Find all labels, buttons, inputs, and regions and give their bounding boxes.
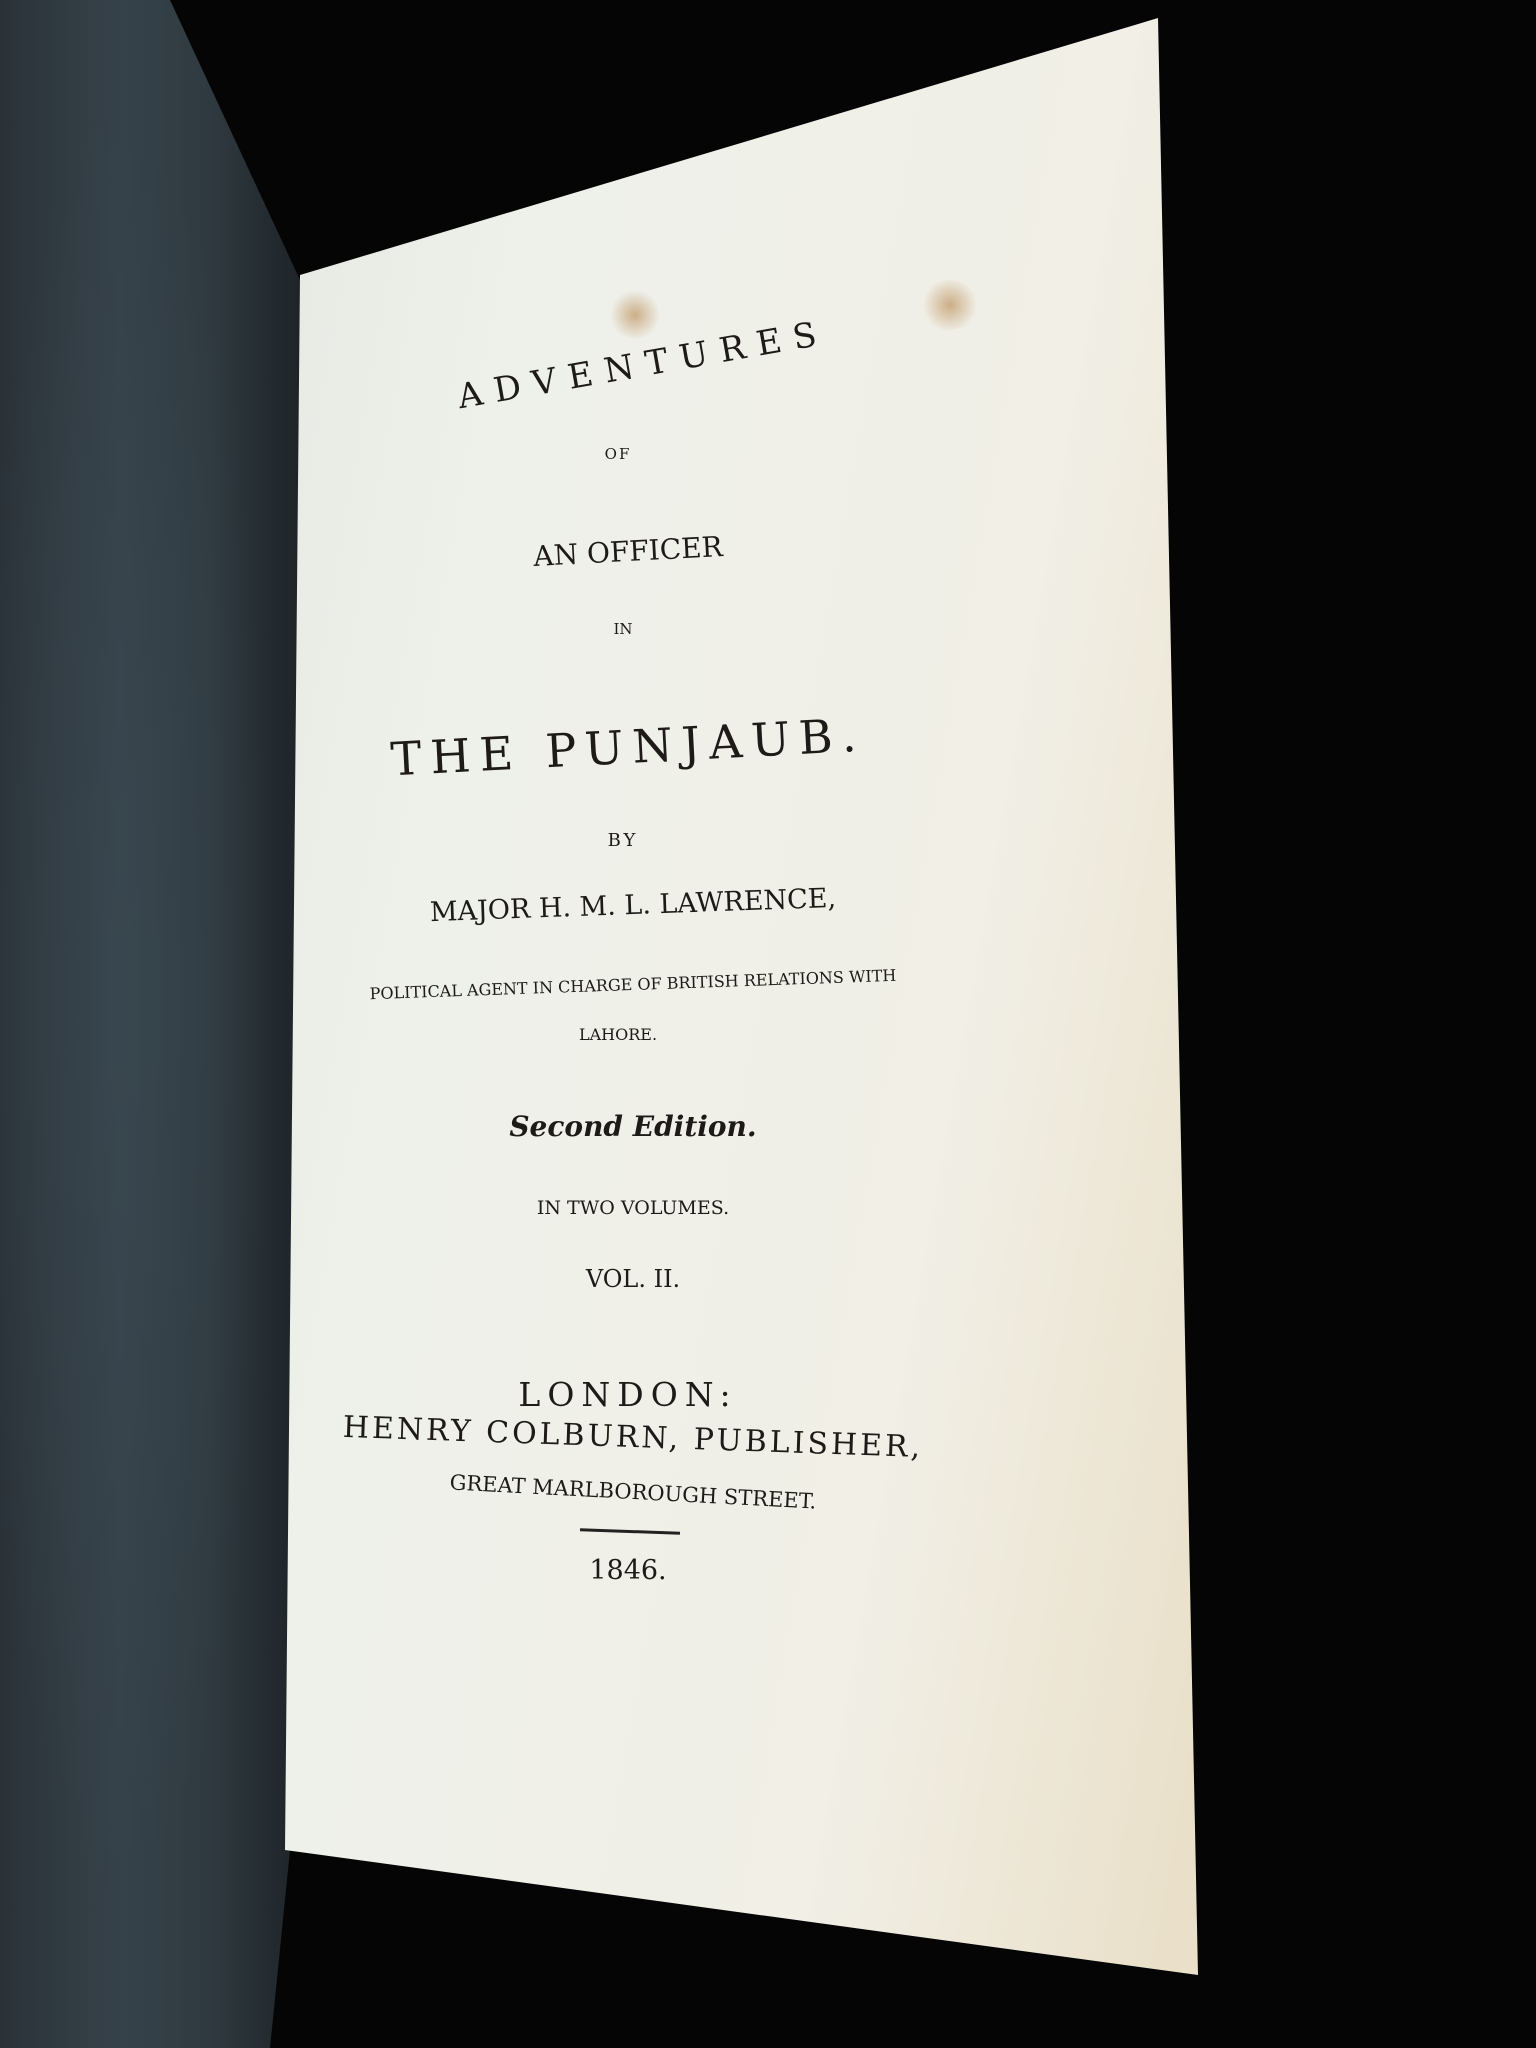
author-title-2: LAHORE.: [0, 1025, 1386, 1044]
volumes-note: IN TWO VOLUMES.: [0, 1197, 1401, 1219]
foxing-stain: [610, 290, 660, 340]
by-label: BY: [0, 830, 1391, 851]
volume-number: VOL. II.: [0, 1265, 1401, 1293]
title-line-2: OF: [0, 445, 1386, 463]
imprint-year: 1846.: [0, 1555, 1396, 1586]
edition: Second Edition.: [0, 1110, 1401, 1143]
title-line-4: IN: [0, 620, 1391, 638]
cover-shading: [0, 0, 300, 2048]
